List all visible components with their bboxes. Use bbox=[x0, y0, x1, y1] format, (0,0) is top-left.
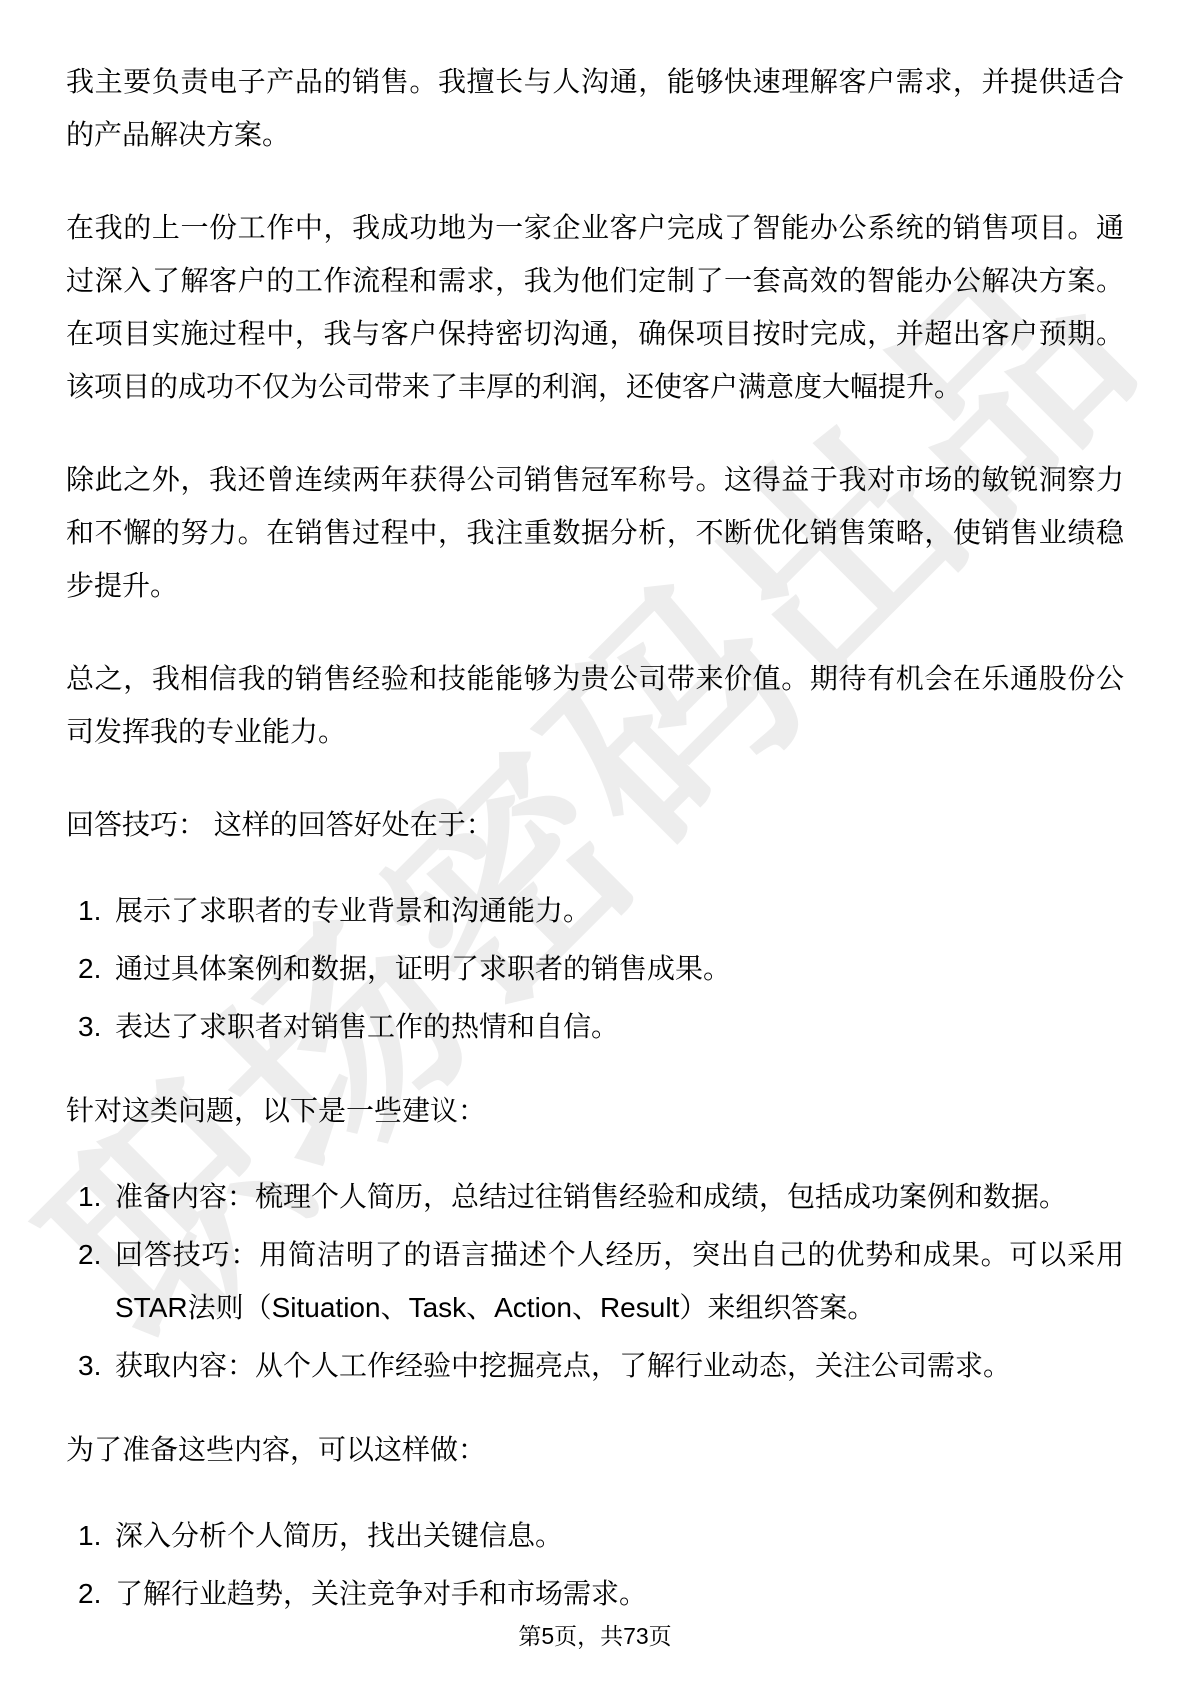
paragraph: 总之，我相信我的销售经验和技能能够为贵公司带来价值。期待有机会在乐通股份公司发挥… bbox=[66, 652, 1124, 758]
list-item-number: 3. bbox=[78, 1000, 115, 1053]
list-item: 3. 获取内容：从个人工作经验中挖掘亮点，了解行业动态，关注公司需求。 bbox=[78, 1339, 1124, 1392]
list-item: 1. 展示了求职者的专业背景和沟通能力。 bbox=[78, 884, 1124, 937]
list-item-number: 1. bbox=[78, 1509, 115, 1562]
numbered-list: 1. 展示了求职者的专业背景和沟通能力。 2. 通过具体案例和数据，证明了求职者… bbox=[66, 884, 1124, 1053]
list-item: 2. 回答技巧：用简洁明了的语言描述个人经历，突出自己的优势和成果。可以采用ST… bbox=[78, 1228, 1124, 1334]
numbered-list: 1. 准备内容：梳理个人简历，总结过往销售经验和成绩，包括成功案例和数据。 2.… bbox=[66, 1170, 1124, 1392]
section-heading: 针对这类问题，以下是一些建议： bbox=[66, 1084, 1124, 1137]
list-item-number: 1. bbox=[78, 1170, 115, 1223]
page-indicator: 第5页，共73页 bbox=[0, 1621, 1190, 1651]
list-item-number: 1. bbox=[78, 884, 115, 937]
section-answer-tips: 回答技巧： 这样的回答好处在于： 1. 展示了求职者的专业背景和沟通能力。 2.… bbox=[66, 798, 1124, 1053]
list-item-text: 通过具体案例和数据，证明了求职者的销售成果。 bbox=[115, 942, 1124, 995]
list-item: 3. 表达了求职者对销售工作的热情和自信。 bbox=[78, 1000, 1124, 1053]
paragraph: 我主要负责电子产品的销售。我擅长与人沟通，能够快速理解客户需求，并提供适合的产品… bbox=[66, 55, 1124, 161]
list-item-text: 获取内容：从个人工作经验中挖掘亮点，了解行业动态，关注公司需求。 bbox=[115, 1339, 1124, 1392]
paragraph: 在我的上一份工作中，我成功地为一家企业客户完成了智能办公系统的销售项目。通过深入… bbox=[66, 201, 1124, 413]
list-item: 2. 通过具体案例和数据，证明了求职者的销售成果。 bbox=[78, 942, 1124, 995]
section-preparation: 为了准备这些内容，可以这样做： 1. 深入分析个人简历，找出关键信息。 2. 了… bbox=[66, 1423, 1124, 1620]
list-item: 2. 了解行业趋势，关注竞争对手和市场需求。 bbox=[78, 1567, 1124, 1620]
list-item-number: 2. bbox=[78, 942, 115, 995]
list-item-text: 表达了求职者对销售工作的热情和自信。 bbox=[115, 1000, 1124, 1053]
list-item: 1. 准备内容：梳理个人简历，总结过往销售经验和成绩，包括成功案例和数据。 bbox=[78, 1170, 1124, 1223]
list-item: 1. 深入分析个人简历，找出关键信息。 bbox=[78, 1509, 1124, 1562]
numbered-list: 1. 深入分析个人简历，找出关键信息。 2. 了解行业趋势，关注竞争对手和市场需… bbox=[66, 1509, 1124, 1620]
list-item-number: 2. bbox=[78, 1567, 115, 1620]
list-item-text: 回答技巧：用简洁明了的语言描述个人经历，突出自己的优势和成果。可以采用STAR法… bbox=[115, 1228, 1124, 1334]
list-item-text: 准备内容：梳理个人简历，总结过往销售经验和成绩，包括成功案例和数据。 bbox=[115, 1170, 1124, 1223]
section-suggestions: 针对这类问题，以下是一些建议： 1. 准备内容：梳理个人简历，总结过往销售经验和… bbox=[66, 1084, 1124, 1392]
paragraph: 除此之外，我还曾连续两年获得公司销售冠军称号。这得益于我对市场的敏锐洞察力和不懈… bbox=[66, 453, 1124, 612]
list-item-text: 展示了求职者的专业背景和沟通能力。 bbox=[115, 884, 1124, 937]
list-item-number: 2. bbox=[78, 1228, 115, 1334]
document-page: 职场密码出品 我主要负责电子产品的销售。我擅长与人沟通，能够快速理解客户需求，并… bbox=[0, 0, 1190, 1684]
section-heading: 回答技巧： 这样的回答好处在于： bbox=[66, 798, 1124, 851]
list-item-text: 深入分析个人简历，找出关键信息。 bbox=[115, 1509, 1124, 1562]
list-item-number: 3. bbox=[78, 1339, 115, 1392]
document-content: 我主要负责电子产品的销售。我擅长与人沟通，能够快速理解客户需求，并提供适合的产品… bbox=[0, 0, 1190, 1620]
list-item-text: 了解行业趋势，关注竞争对手和市场需求。 bbox=[115, 1567, 1124, 1620]
section-heading: 为了准备这些内容，可以这样做： bbox=[66, 1423, 1124, 1476]
